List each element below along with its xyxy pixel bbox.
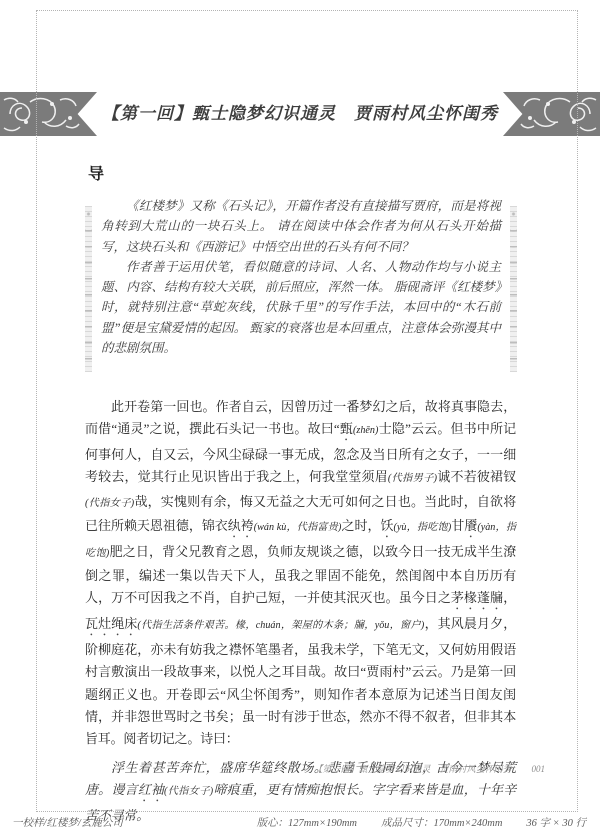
emphasized-term: 餍 — [464, 518, 477, 533]
inline-annotation: (zhēn) — [353, 425, 378, 436]
emphasized-term: 甄 — [340, 421, 354, 436]
lace-border-right — [510, 206, 517, 372]
paragraph: 作者善于运用伏笔，看似随意的诗词、人名、人物动作均与小说主题、内容、结构有较大关… — [101, 257, 501, 358]
inline-annotation: (代指男子) — [388, 473, 437, 484]
inline-annotation: (代指生活条件艰苦。椽，chuán，架屋的木条；牖，yǒu，窗户) — [137, 620, 424, 631]
trim-size-spec: 成品尺寸：170mm×240mm — [381, 815, 502, 830]
book-proof-page: 【第一回】甄士隐梦幻识通灵 贾雨村风尘怀闺秀 导 《红楼梦》又称《石头记》，开篇… — [0, 0, 600, 832]
running-footer: 【第一回】甄士隐梦幻识通灵 贾雨村风尘怀闺秀 001 — [313, 762, 545, 775]
inline-annotation: (代指女子) — [85, 498, 134, 509]
emphasized-term: 茅椽蓬牖 — [451, 590, 503, 605]
proof-specs: 版心：127mm×190mm 成品尺寸：170mm×240mm 36 字 × 3… — [257, 815, 586, 830]
guide-intro-box: 《红楼梦》又称《石头记》，开篇作者没有直接描写贾府，而是将视角转到大荒山的一块石… — [85, 196, 517, 358]
dragon-ornament-left — [0, 92, 97, 136]
emphasized-term: 瓦灶绳床 — [85, 616, 137, 631]
guide-section-label: 导 — [88, 161, 104, 184]
inline-annotation: (yù，指吃饱) — [393, 522, 451, 533]
grid-spec: 36 字 × 30 行 — [526, 815, 586, 830]
dragon-pattern-icon — [0, 92, 97, 136]
emphasized-term: 纨袴 — [228, 518, 254, 533]
chapter-header: 【第一回】甄士隐梦幻识通灵 贾雨村风尘怀闺秀 — [0, 92, 600, 136]
page-number: 001 — [532, 764, 546, 774]
inline-annotation: (wán kù，代指富贵) — [254, 522, 342, 533]
proof-job-info: 一校样/红楼梦/玄鹿公司 — [12, 815, 123, 830]
lace-border-left — [85, 206, 92, 372]
proof-info-bar: 一校样/红楼梦/玄鹿公司 版心：127mm×190mm 成品尺寸：170mm×2… — [12, 815, 586, 830]
inline-annotation: (代指女子) — [164, 786, 213, 797]
dragon-ornament-right — [503, 92, 600, 136]
paragraph: 此开卷第一回也。作者自云，因曾历过一番梦幻之后，故将真事隐去，而借“通灵”之说，… — [85, 396, 516, 750]
paragraph: 《红楼梦》又称《石头记》，开篇作者没有直接描写贾府，而是将视角转到大荒山的一块石… — [101, 196, 501, 257]
emphasized-term: 饫 — [381, 518, 394, 533]
guide-intro-text: 《红楼梦》又称《石头记》，开篇作者没有直接描写贾府，而是将视角转到大荒山的一块石… — [101, 196, 501, 358]
running-title: 【第一回】甄士隐梦幻识通灵 贾雨村风尘怀闺秀 — [313, 762, 511, 775]
chapter-title: 【第一回】甄士隐梦幻识通灵 贾雨村风尘怀闺秀 — [100, 92, 500, 136]
type-area-spec: 版心：127mm×190mm — [257, 815, 357, 830]
emphasized-term: 红袖 — [138, 782, 164, 797]
dragon-pattern-icon — [503, 92, 600, 136]
